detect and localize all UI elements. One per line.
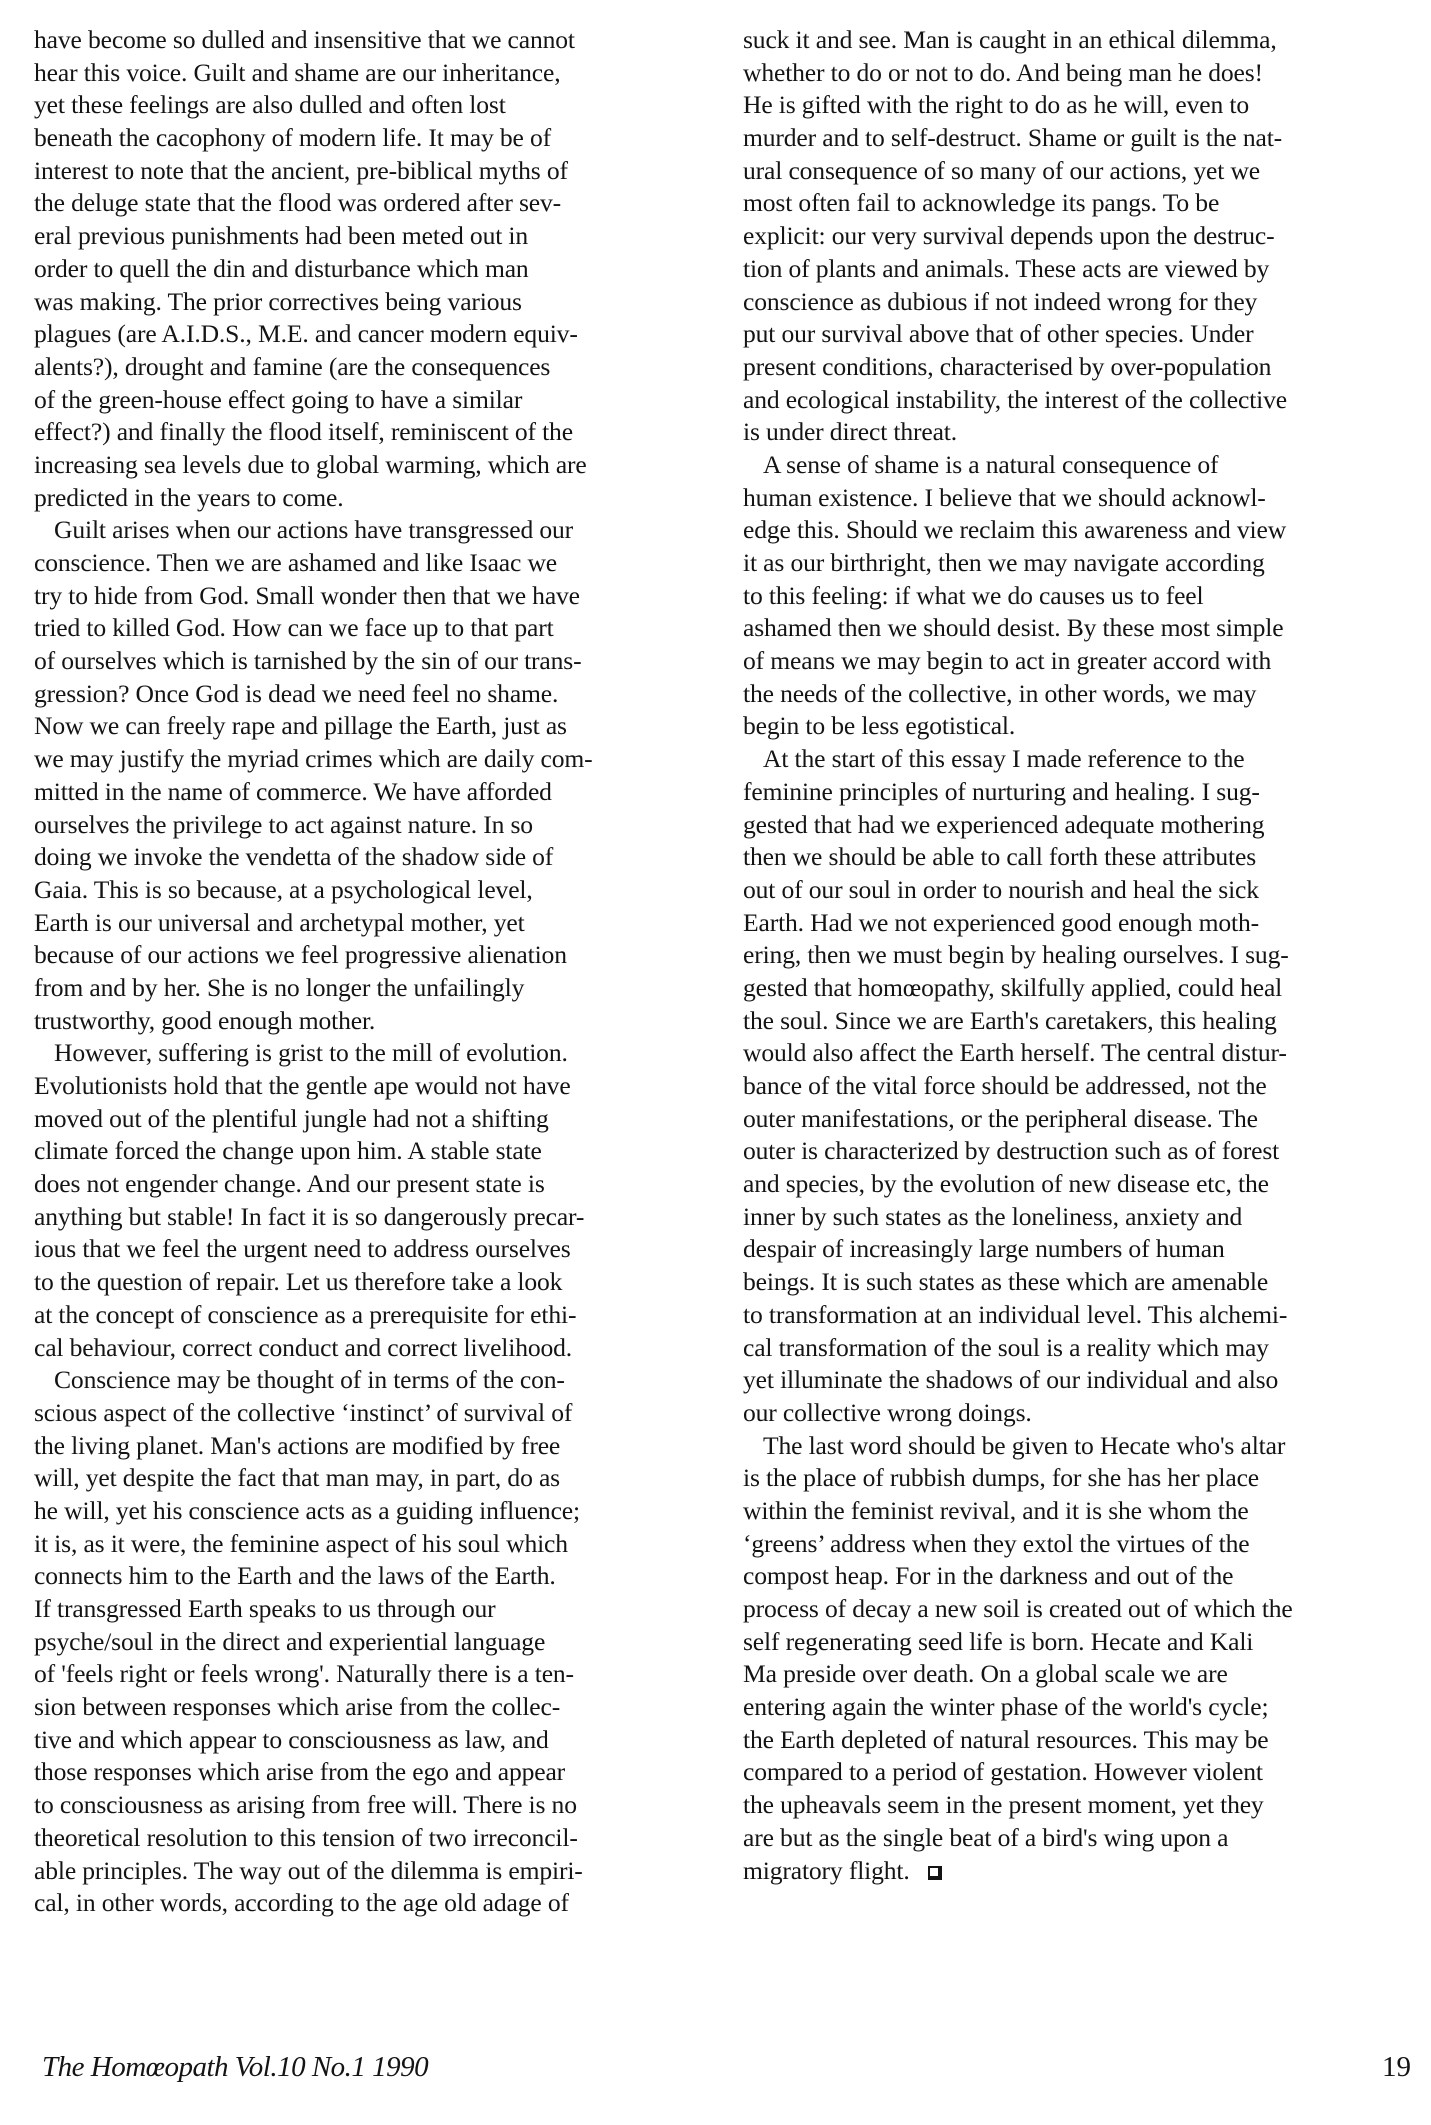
text-line: explicit: our very survival depends upon… — [743, 220, 1431, 253]
text-line-content: because of our actions we feel progressi… — [34, 940, 567, 969]
text-line-content: Ma preside over death. On a global scale… — [743, 1659, 1228, 1688]
text-line-content: of means we may begin to act in greater … — [743, 646, 1271, 675]
text-line: inner by such states as the loneliness, … — [743, 1201, 1431, 1234]
text-line: then we should be able to call forth the… — [743, 841, 1431, 874]
text-line: is the place of rubbish dumps, for she h… — [743, 1462, 1431, 1495]
text-line-content: plagues (are A.I.D.S., M.E. and cancer m… — [34, 319, 578, 348]
text-line: A sense of shame is a natural consequenc… — [743, 449, 1431, 482]
text-line: was making. The prior correctives being … — [34, 286, 724, 319]
text-line-content: suck it and see. Man is caught in an eth… — [743, 25, 1277, 54]
text-line: mitted in the name of commerce. We have … — [34, 776, 724, 809]
text-line-content: trustworthy, good enough mother. — [34, 1006, 375, 1035]
text-line-content: is under direct threat. — [743, 417, 957, 446]
document-page: have become so dulled and insensitive th… — [0, 0, 1431, 2125]
text-line: the deluge state that the flood was orde… — [34, 187, 724, 220]
text-line: able principles. The way out of the dile… — [34, 1855, 724, 1888]
text-line: the upheavals seem in the present moment… — [743, 1789, 1431, 1822]
text-line-content: would also affect the Earth herself. The… — [743, 1038, 1287, 1067]
text-line-content: of the green-house effect going to have … — [34, 385, 522, 414]
text-line-content: conscience. Then we are ashamed and like… — [34, 548, 557, 577]
text-line-content: human existence. I believe that we shoul… — [743, 483, 1266, 512]
text-line: whether to do or not to do. And being ma… — [743, 57, 1431, 90]
text-line-content: the needs of the collective, in other wo… — [743, 679, 1256, 708]
text-line: effect?) and finally the flood itself, r… — [34, 416, 724, 449]
text-line-content: If transgressed Earth speaks to us throu… — [34, 1594, 496, 1623]
text-line: and species, by the evolution of new dis… — [743, 1168, 1431, 1201]
text-line-content: At the start of this essay I made refere… — [763, 744, 1244, 773]
text-line: try to hide from God. Small wonder then … — [34, 580, 724, 613]
text-line-content: despair of increasingly large numbers of… — [743, 1234, 1225, 1263]
text-line-content: the Earth depleted of natural resources.… — [743, 1725, 1268, 1754]
text-line: the living planet. Man's actions are mod… — [34, 1430, 724, 1463]
text-line: tion of plants and animals. These acts a… — [743, 253, 1431, 286]
text-line-content: scious aspect of the collective ‘instinc… — [34, 1398, 572, 1427]
text-line-content: murder and to self-destruct. Shame or gu… — [743, 123, 1282, 152]
text-line-content: put our survival above that of other spe… — [743, 319, 1253, 348]
text-line: to transformation at an individual level… — [743, 1299, 1431, 1332]
text-line-content: psyche/soul in the direct and experienti… — [34, 1627, 545, 1656]
text-line-content: cal, in other words, according to the ag… — [34, 1888, 569, 1917]
text-line-content: begin to be less egotistical. — [743, 711, 1015, 740]
text-line: to this feeling: if what we do causes us… — [743, 580, 1431, 613]
text-line: is under direct threat. — [743, 416, 1431, 449]
text-line-content: to the question of repair. Let us theref… — [34, 1267, 562, 1296]
text-line: from and by her. She is no longer the un… — [34, 972, 724, 1005]
text-line-content: ‘greens’ address when they extol the vir… — [743, 1529, 1249, 1558]
text-line: it is, as it were, the feminine aspect o… — [34, 1528, 724, 1561]
text-line: the Earth depleted of natural resources.… — [743, 1724, 1431, 1757]
text-line-content: Gaia. This is so because, at a psycholog… — [34, 875, 533, 904]
text-line: present conditions, characterised by ove… — [743, 351, 1431, 384]
text-line: he will, yet his conscience acts as a gu… — [34, 1495, 724, 1528]
text-line-content: ashamed then we should desist. By these … — [743, 613, 1283, 642]
text-line-content: beneath the cacophony of modern life. It… — [34, 123, 551, 152]
text-line: and ecological instability, the interest… — [743, 384, 1431, 417]
text-line-content: doing we invoke the vendetta of the shad… — [34, 842, 553, 871]
text-line: scious aspect of the collective ‘instinc… — [34, 1397, 724, 1430]
text-line: climate forced the change upon him. A st… — [34, 1135, 724, 1168]
text-line: Gaia. This is so because, at a psycholog… — [34, 874, 724, 907]
text-line-content: to this feeling: if what we do causes us… — [743, 581, 1203, 610]
text-line-content: present conditions, characterised by ove… — [743, 352, 1271, 381]
text-line-content: have become so dulled and insensitive th… — [34, 25, 575, 54]
text-line: yet these feelings are also dulled and o… — [34, 89, 724, 122]
text-line-content: tion of plants and animals. These acts a… — [743, 254, 1269, 283]
text-line-content: Conscience may be thought of in terms of… — [54, 1365, 565, 1394]
text-line: within the feminist revival, and it is s… — [743, 1495, 1431, 1528]
text-line: of means we may begin to act in greater … — [743, 645, 1431, 678]
text-line-content: The last word should be given to Hecate … — [763, 1431, 1285, 1460]
text-line-content: order to quell the din and disturbance w… — [34, 254, 529, 283]
text-line-content: within the feminist revival, and it is s… — [743, 1496, 1249, 1525]
text-line: The last word should be given to Hecate … — [743, 1430, 1431, 1463]
text-line-content: Guilt arises when our actions have trans… — [54, 515, 573, 544]
text-line: beneath the cacophony of modern life. It… — [34, 122, 724, 155]
text-line: out of our soul in order to nourish and … — [743, 874, 1431, 907]
text-line-content: A sense of shame is a natural consequenc… — [763, 450, 1218, 479]
text-line-content: ering, then we must begin by healing our… — [743, 940, 1289, 969]
text-line-content: bance of the vital force should be addre… — [743, 1071, 1267, 1100]
text-line-content: alents?), drought and famine (are the co… — [34, 352, 550, 381]
text-line: murder and to self-destruct. Shame or gu… — [743, 122, 1431, 155]
text-line-content: predicted in the years to come. — [34, 483, 343, 512]
text-line: increasing sea levels due to global warm… — [34, 449, 724, 482]
text-line-content: ious that we feel the urgent need to add… — [34, 1234, 571, 1263]
text-line: moved out of the plentiful jungle had no… — [34, 1103, 724, 1136]
text-line-content: does not engender change. And our presen… — [34, 1169, 545, 1198]
text-line-content: and species, by the evolution of new dis… — [743, 1169, 1269, 1198]
text-line-content: at the concept of conscience as a prereq… — [34, 1300, 576, 1329]
text-line: sion between responses which arise from … — [34, 1691, 724, 1724]
text-line: hear this voice. Guilt and shame are our… — [34, 57, 724, 90]
text-line-content: yet these feelings are also dulled and o… — [34, 90, 506, 119]
text-line: outer is characterized by destruction su… — [743, 1135, 1431, 1168]
text-line: cal, in other words, according to the ag… — [34, 1887, 724, 1920]
text-line-content: and ecological instability, the interest… — [743, 385, 1287, 414]
text-line: does not engender change. And our presen… — [34, 1168, 724, 1201]
text-line-content: moved out of the plentiful jungle had no… — [34, 1104, 549, 1133]
text-line-content: the soul. Since we are Earth's caretaker… — [743, 1006, 1277, 1035]
text-line: trustworthy, good enough mother. — [34, 1005, 724, 1038]
text-line-content: of ourselves which is tarnished by the s… — [34, 646, 581, 675]
text-line-content: inner by such states as the loneliness, … — [743, 1202, 1242, 1231]
text-line-content: to transformation at an individual level… — [743, 1300, 1287, 1329]
text-line-content: is the place of rubbish dumps, for she h… — [743, 1463, 1259, 1492]
right-text-column: suck it and see. Man is caught in an eth… — [743, 24, 1431, 1887]
text-line: we may justify the myriad crimes which a… — [34, 743, 724, 776]
left-text-column: have become so dulled and insensitive th… — [34, 24, 724, 1920]
text-line: have become so dulled and insensitive th… — [34, 24, 724, 57]
text-line-content: the deluge state that the flood was orde… — [34, 188, 561, 217]
text-line-content: feminine principles of nurturing and hea… — [743, 777, 1260, 806]
text-line-content: eral previous punishments had been meted… — [34, 221, 528, 250]
text-line: ourselves the privilege to act against n… — [34, 809, 724, 842]
text-line: yet illuminate the shadows of our indivi… — [743, 1364, 1431, 1397]
text-line-content: Now we can freely rape and pillage the E… — [34, 711, 567, 740]
text-line-content: self regenerating seed life is born. Hec… — [743, 1627, 1253, 1656]
text-line: of ourselves which is tarnished by the s… — [34, 645, 724, 678]
text-line: Ma preside over death. On a global scale… — [743, 1658, 1431, 1691]
text-line-content: interest to note that the ancient, pre-b… — [34, 156, 568, 185]
text-line: ashamed then we should desist. By these … — [743, 612, 1431, 645]
text-line: ious that we feel the urgent need to add… — [34, 1233, 724, 1266]
text-line: beings. It is such states as these which… — [743, 1266, 1431, 1299]
text-line: entering again the winter phase of the w… — [743, 1691, 1431, 1724]
text-line: despair of increasingly large numbers of… — [743, 1233, 1431, 1266]
text-line-content: entering again the winter phase of the w… — [743, 1692, 1268, 1721]
text-line: edge this. Should we reclaim this awaren… — [743, 514, 1431, 547]
text-line: Conscience may be thought of in terms of… — [34, 1364, 724, 1397]
text-line-content: yet illuminate the shadows of our indivi… — [743, 1365, 1278, 1394]
text-line: ural consequence of so many of our actio… — [743, 155, 1431, 188]
text-line-content: However, suffering is grist to the mill … — [54, 1038, 568, 1067]
text-line-content: connects him to the Earth and the laws o… — [34, 1561, 556, 1590]
text-line: self regenerating seed life is born. Hec… — [743, 1626, 1431, 1659]
text-line-content: will, yet despite the fact that man may,… — [34, 1463, 560, 1492]
text-line-content: we may justify the myriad crimes which a… — [34, 744, 593, 773]
text-line-content: our collective wrong doings. — [743, 1398, 1032, 1427]
text-line-content: from and by her. She is no longer the un… — [34, 973, 524, 1002]
text-line: ‘greens’ address when they extol the vir… — [743, 1528, 1431, 1561]
text-line: it as our birthright, then we may naviga… — [743, 547, 1431, 580]
text-line-content: outer is characterized by destruction su… — [743, 1136, 1279, 1165]
text-line: those responses which arise from the ego… — [34, 1756, 724, 1789]
text-line-content: ourselves the privilege to act against n… — [34, 810, 533, 839]
text-line-content: gested that had we experienced adequate … — [743, 810, 1264, 839]
text-line-content: those responses which arise from the ego… — [34, 1757, 565, 1786]
text-line-content: conscience as dubious if not indeed wron… — [743, 287, 1257, 316]
text-line: migratory flight. — [743, 1855, 1431, 1888]
text-line-content: out of our soul in order to nourish and … — [743, 875, 1259, 904]
text-line: are but as the single beat of a bird's w… — [743, 1822, 1431, 1855]
text-line: However, suffering is grist to the mill … — [34, 1037, 724, 1070]
text-line: cal behaviour, correct conduct and corre… — [34, 1332, 724, 1365]
text-line-content: Earth. Had we not experienced good enoug… — [743, 908, 1259, 937]
text-line-content: then we should be able to call forth the… — [743, 842, 1256, 871]
text-line-content: the living planet. Man's actions are mod… — [34, 1431, 560, 1460]
text-line: put our survival above that of other spe… — [743, 318, 1431, 351]
text-line-content: increasing sea levels due to global warm… — [34, 450, 587, 479]
text-line: because of our actions we feel progressi… — [34, 939, 724, 972]
text-line-content: beings. It is such states as these which… — [743, 1267, 1268, 1296]
text-line: ering, then we must begin by healing our… — [743, 939, 1431, 972]
text-line: conscience. Then we are ashamed and like… — [34, 547, 724, 580]
text-line-content: the upheavals seem in the present moment… — [743, 1790, 1264, 1819]
text-line-content: he will, yet his conscience acts as a gu… — [34, 1496, 580, 1525]
text-line-content: gested that homœopathy, skilfully applie… — [743, 973, 1282, 1002]
footer-publication-title: The Homœopath Vol.10 No.1 1990 — [42, 2051, 428, 2084]
text-line-content: tive and which appear to consciousness a… — [34, 1725, 549, 1754]
text-line: anything but stable! In fact it is so da… — [34, 1201, 724, 1234]
text-line: to consciousness as arising from free wi… — [34, 1789, 724, 1822]
text-line: He is gifted with the right to do as he … — [743, 89, 1431, 122]
text-line-content: are but as the single beat of a bird's w… — [743, 1823, 1228, 1852]
text-line-content: mitted in the name of commerce. We have … — [34, 777, 552, 806]
text-line-content: cal behaviour, correct conduct and corre… — [34, 1333, 572, 1362]
text-line: will, yet despite the fact that man may,… — [34, 1462, 724, 1495]
text-line-content: cal transformation of the soul is a real… — [743, 1333, 1269, 1362]
text-line-content: explicit: our very survival depends upon… — [743, 221, 1275, 250]
text-line: the soul. Since we are Earth's caretaker… — [743, 1005, 1431, 1038]
text-line-content: effect?) and finally the flood itself, r… — [34, 417, 573, 446]
text-line: Earth is our universal and archetypal mo… — [34, 907, 724, 940]
text-line: Guilt arises when our actions have trans… — [34, 514, 724, 547]
text-line-content: it is, as it were, the feminine aspect o… — [34, 1529, 568, 1558]
text-line: Earth. Had we not experienced good enoug… — [743, 907, 1431, 940]
text-line-content: Evolutionists hold that the gentle ape w… — [34, 1071, 571, 1100]
text-line-content: Earth is our universal and archetypal mo… — [34, 908, 525, 937]
text-line: Now we can freely rape and pillage the E… — [34, 710, 724, 743]
text-line-content: compost heap. For in the darkness and ou… — [743, 1561, 1233, 1590]
text-line-content: most often fail to acknowledge its pangs… — [743, 188, 1219, 217]
text-line: interest to note that the ancient, pre-b… — [34, 155, 724, 188]
text-line: If transgressed Earth speaks to us throu… — [34, 1593, 724, 1626]
text-line: connects him to the Earth and the laws o… — [34, 1560, 724, 1593]
text-line-content: sion between responses which arise from … — [34, 1692, 560, 1721]
text-line: bance of the vital force should be addre… — [743, 1070, 1431, 1103]
text-line: order to quell the din and disturbance w… — [34, 253, 724, 286]
text-line: suck it and see. Man is caught in an eth… — [743, 24, 1431, 57]
text-line: gested that had we experienced adequate … — [743, 809, 1431, 842]
text-line: to the question of repair. Let us theref… — [34, 1266, 724, 1299]
text-line-content: process of decay a new soil is created o… — [743, 1594, 1293, 1623]
text-line: Evolutionists hold that the gentle ape w… — [34, 1070, 724, 1103]
text-line: compared to a period of gestation. Howev… — [743, 1756, 1431, 1789]
text-line-content: theoretical resolution to this tension o… — [34, 1823, 578, 1852]
text-line: most often fail to acknowledge its pangs… — [743, 187, 1431, 220]
text-line: tive and which appear to consciousness a… — [34, 1724, 724, 1757]
text-line-content: it as our birthright, then we may naviga… — [743, 548, 1265, 577]
text-line: begin to be less egotistical. — [743, 710, 1431, 743]
text-line: alents?), drought and famine (are the co… — [34, 351, 724, 384]
text-line-content: was making. The prior correctives being … — [34, 287, 522, 316]
text-line: at the concept of conscience as a prereq… — [34, 1299, 724, 1332]
text-line: human existence. I believe that we shoul… — [743, 482, 1431, 515]
text-line: conscience as dubious if not indeed wron… — [743, 286, 1431, 319]
text-line-content: climate forced the change upon him. A st… — [34, 1136, 542, 1165]
text-line: tried to killed God. How can we face up … — [34, 612, 724, 645]
text-line: gested that homœopathy, skilfully applie… — [743, 972, 1431, 1005]
text-line: gression? Once God is dead we need feel … — [34, 678, 724, 711]
text-line: doing we invoke the vendetta of the shad… — [34, 841, 724, 874]
text-line-content: edge this. Should we reclaim this awaren… — [743, 515, 1286, 544]
end-of-article-box-icon — [928, 1866, 942, 1880]
text-line: feminine principles of nurturing and hea… — [743, 776, 1431, 809]
text-line: compost heap. For in the darkness and ou… — [743, 1560, 1431, 1593]
text-line-content: compared to a period of gestation. Howev… — [743, 1757, 1263, 1786]
text-line: cal transformation of the soul is a real… — [743, 1332, 1431, 1365]
text-line: of 'feels right or feels wrong'. Natural… — [34, 1658, 724, 1691]
text-line: process of decay a new soil is created o… — [743, 1593, 1431, 1626]
text-line-content: migratory flight. — [743, 1856, 910, 1885]
text-line: psyche/soul in the direct and experienti… — [34, 1626, 724, 1659]
text-line: outer manifestations, or the peripheral … — [743, 1103, 1431, 1136]
text-line-content: hear this voice. Guilt and shame are our… — [34, 58, 560, 87]
text-line-content: anything but stable! In fact it is so da… — [34, 1202, 584, 1231]
text-line-content: to consciousness as arising from free wi… — [34, 1790, 577, 1819]
text-line: of the green-house effect going to have … — [34, 384, 724, 417]
text-line: the needs of the collective, in other wo… — [743, 678, 1431, 711]
text-line-content: He is gifted with the right to do as he … — [743, 90, 1249, 119]
text-line: theoretical resolution to this tension o… — [34, 1822, 724, 1855]
text-line: would also affect the Earth herself. The… — [743, 1037, 1431, 1070]
text-line: plagues (are A.I.D.S., M.E. and cancer m… — [34, 318, 724, 351]
text-line-content: gression? Once God is dead we need feel … — [34, 679, 558, 708]
text-line: At the start of this essay I made refere… — [743, 743, 1431, 776]
text-line: our collective wrong doings. — [743, 1397, 1431, 1430]
text-line: predicted in the years to come. — [34, 482, 724, 515]
text-line-content: whether to do or not to do. And being ma… — [743, 58, 1263, 87]
footer-page-number: 19 — [1382, 2051, 1411, 2084]
text-line-content: outer manifestations, or the peripheral … — [743, 1104, 1258, 1133]
text-line-content: ural consequence of so many of our actio… — [743, 156, 1260, 185]
text-line: eral previous punishments had been meted… — [34, 220, 724, 253]
text-line-content: try to hide from God. Small wonder then … — [34, 581, 580, 610]
text-line-content: of 'feels right or feels wrong'. Natural… — [34, 1659, 574, 1688]
text-line-content: able principles. The way out of the dile… — [34, 1856, 583, 1885]
text-line-content: tried to killed God. How can we face up … — [34, 613, 554, 642]
